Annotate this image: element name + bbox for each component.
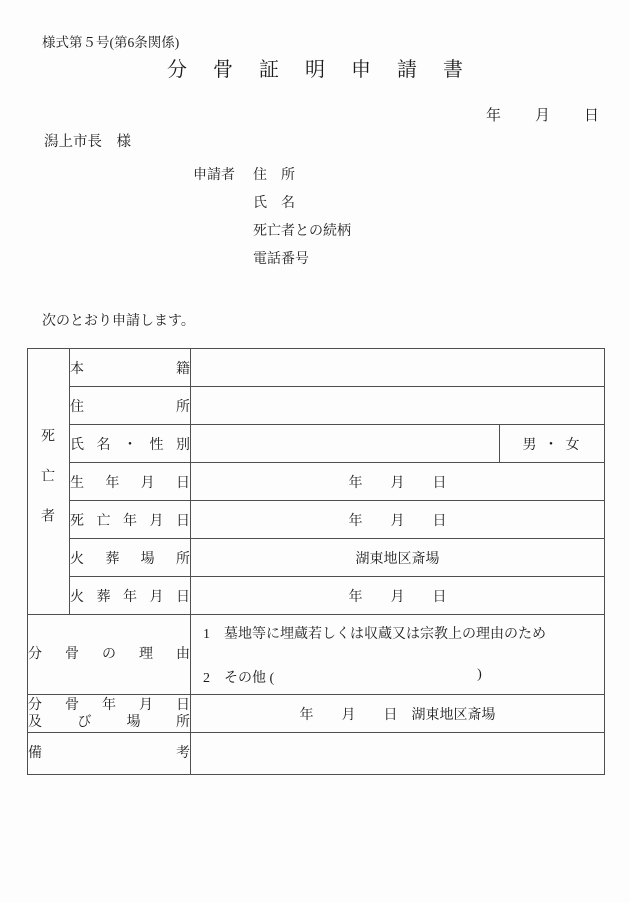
reason-option-2: 2 その他 ( ) [203, 667, 604, 687]
table-row: 死亡者 本 籍 [28, 349, 605, 387]
table-row: 生 年 月 日 年 月 日 [28, 463, 605, 501]
phone-label: 電話番号 [253, 252, 309, 267]
division-reason-label: 分 骨 の 理 由 [28, 646, 190, 663]
table-row: 火 葬 年 月 日 年 月 日 [28, 577, 605, 615]
death-date-label: 死 亡 年 月 日 [70, 501, 191, 539]
reason-option-1: 1 墓地等に埋蔵若しくは収蔵又は宗教上の理由のため [203, 623, 604, 643]
applicant-row-relationship: 死亡者との続柄 [193, 218, 351, 246]
address-label: 住 所 [253, 168, 295, 183]
address-row-label: 住 所 [70, 387, 191, 425]
table-row: 死 亡 年 月 日 年 月 日 [28, 501, 605, 539]
cremation-place-value: 湖東地区斎場 [191, 539, 605, 577]
intro-text: 次のとおり申請します。 [42, 310, 195, 330]
address-row-value [191, 387, 605, 425]
division-reason-label-cell: 分 骨 の 理 由 [28, 615, 191, 695]
reason-option-2-close-paren: ) [477, 667, 482, 687]
birth-date-label: 生 年 月 日 [70, 463, 191, 501]
applicant-row-name: 氏 名 [193, 190, 351, 218]
name-value [191, 425, 500, 463]
name-label: 氏 名 [253, 196, 295, 211]
table-row: 備 考 [28, 733, 605, 775]
cremation-place-label: 火 葬 場 所 [70, 539, 191, 577]
deceased-vertical-label: 死亡者 [41, 415, 56, 548]
remarks-label-cell: 備 考 [28, 733, 191, 775]
remarks-label: 備 考 [28, 745, 190, 762]
table-row: 分 骨 の 理 由 1 墓地等に埋蔵若しくは収蔵又は宗教上の理由のため 2 その… [28, 615, 605, 695]
death-date-value: 年 月 日 [191, 501, 605, 539]
applicant-block: 申請者 住 所 氏 名 死亡者との続柄 電話番号 [193, 162, 351, 274]
application-form-page: 様式第５号(第6条関係) 分骨証明申請書 年 月 日 潟上市長 様 申請者 住 … [0, 0, 630, 903]
addressee: 潟上市長 様 [44, 130, 131, 151]
day-label: 日 [584, 104, 599, 125]
cremation-date-label: 火 葬 年 月 日 [70, 577, 191, 615]
cremation-date-value: 年 月 日 [191, 577, 605, 615]
applicant-row-address: 申請者 住 所 [193, 162, 351, 190]
relationship-label: 死亡者との続柄 [253, 224, 351, 239]
division-date-label-line2: 及 び 場 所 [28, 714, 190, 731]
month-label: 月 [535, 104, 550, 125]
division-date-place-value: 年 月 日 湖東地区斎場 [191, 695, 605, 733]
registered-domicile-label: 本 籍 [70, 349, 191, 387]
table-row: 氏 名 ・ 性 別 男 ・ 女 [28, 425, 605, 463]
registered-domicile-value [191, 349, 605, 387]
date-line: 年 月 日 [486, 104, 599, 125]
page-title: 分骨証明申請書 [0, 53, 630, 82]
division-reason-options: 1 墓地等に埋蔵若しくは収蔵又は宗教上の理由のため 2 その他 ( ) [191, 615, 604, 694]
birth-date-value: 年 月 日 [191, 463, 605, 501]
year-label: 年 [486, 104, 501, 125]
applicant-row-phone: 電話番号 [193, 246, 351, 274]
deceased-group-cell: 死亡者 [28, 349, 70, 615]
applicant-label: 申請者 [193, 162, 235, 190]
table-row: 住 所 [28, 387, 605, 425]
form-number-note: 様式第５号(第6条関係) [42, 31, 179, 51]
division-date-label-line1: 分 骨 年 月 日 [28, 697, 190, 714]
division-date-place-label-cell: 分 骨 年 月 日 及 び 場 所 [28, 695, 191, 733]
application-table: 死亡者 本 籍 住 所 氏 名 ・ 性 別 男 ・ 女 生 年 月 日 年 月 … [27, 348, 605, 775]
gender-options: 男 ・ 女 [500, 425, 605, 463]
name-gender-label: 氏 名 ・ 性 別 [70, 425, 191, 463]
table-row: 分 骨 年 月 日 及 び 場 所 年 月 日 湖東地区斎場 [28, 695, 605, 733]
division-reason-value: 1 墓地等に埋蔵若しくは収蔵又は宗教上の理由のため 2 その他 ( ) [191, 615, 605, 695]
remarks-value [191, 733, 605, 775]
table-row: 火 葬 場 所 湖東地区斎場 [28, 539, 605, 577]
reason-option-2-text: 2 その他 ( [203, 667, 274, 687]
